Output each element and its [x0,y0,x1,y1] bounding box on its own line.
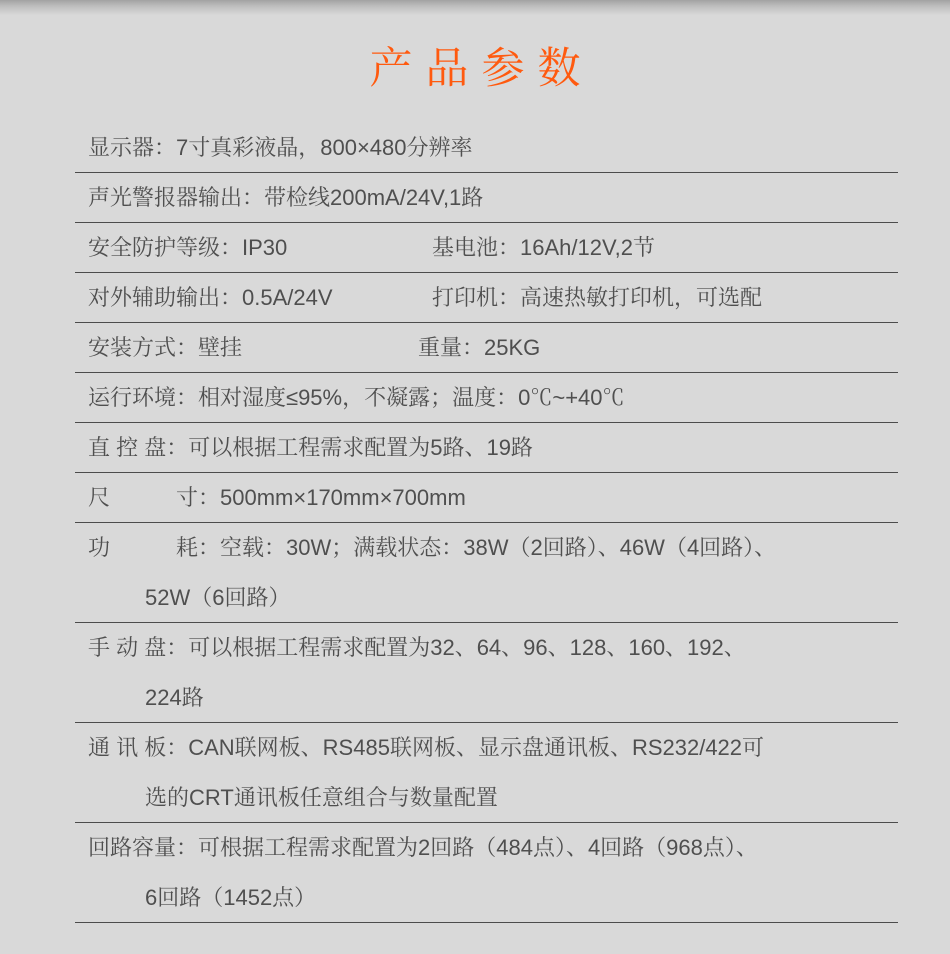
spec-row-direct-control-panel: 直 控 盘：可以根据工程需求配置为5路、19路 [75,423,898,473]
spec-text-aux-output: 对外辅助输出：0.5A/24V [88,273,333,323]
spec-text-comm-board-line2: 选的CRT通讯板任意组合与数量配置 [145,773,498,823]
spec-row-display: 显示器：7寸真彩液晶，800×480分辨率 [75,123,898,173]
spec-text-protection-level: 安全防护等级：IP30 [88,223,287,273]
spec-text-alarm-output: 声光警报器输出：带检线200mA/24V,1路 [88,173,483,223]
page-title: 产品参数 [0,48,950,91]
spec-row-loop-capacity: 回路容量：可根据工程需求配置为2回路（484点）、4回路（968点）、 6回路（… [75,823,898,923]
spec-row-protection-battery: 安全防护等级：IP30 基电池：16Ah/12V,2节 [75,223,898,273]
spec-row-power-consumption: 功 耗：空载：30W；满载状态：38W（2回路）、46W（4回路）、 52W（6… [75,523,898,623]
spec-text-weight: 重量：25KG [418,323,540,373]
spec-text-base-battery: 基电池：16Ah/12V,2节 [432,223,655,273]
spec-text-power-line2: 52W（6回路） [145,573,290,623]
spec-row-comm-board: 通 讯 板：CAN联网板、RS485联网板、显示盘通讯板、RS232/422可 … [75,723,898,823]
top-shadow-gradient [0,0,950,15]
spec-row-environment: 运行环境：相对湿度≤95%，不凝露；温度：0℃~+40℃ [75,373,898,423]
spec-text-printer: 打印机：高速热敏打印机，可选配 [432,273,762,323]
spec-text-direct-control-panel: 直 控 盘：可以根据工程需求配置为5路、19路 [88,423,533,473]
spec-text-loop-capacity-line1: 回路容量：可根据工程需求配置为2回路（484点）、4回路（968点）、 [88,823,758,873]
spec-text-loop-capacity-line2: 6回路（1452点） [145,873,316,923]
spec-text-environment: 运行环境：相对湿度≤95%，不凝露；温度：0℃~+40℃ [88,373,625,423]
spec-text-power-line1: 功 耗：空载：30W；满载状态：38W（2回路）、46W（4回路）、 [88,523,776,573]
spec-row-aux-printer: 对外辅助输出：0.5A/24V 打印机：高速热敏打印机，可选配 [75,273,898,323]
spec-row-dimensions: 尺 寸：500mm×170mm×700mm [75,473,898,523]
spec-table: 显示器：7寸真彩液晶，800×480分辨率 声光警报器输出：带检线200mA/2… [75,123,898,923]
spec-text-display: 显示器：7寸真彩液晶，800×480分辨率 [88,123,473,173]
spec-text-dimensions: 尺 寸：500mm×170mm×700mm [88,473,466,523]
spec-row-manual-panel: 手 动 盘：可以根据工程需求配置为32、64、96、128、160、192、 2… [75,623,898,723]
spec-row-alarm-output: 声光警报器输出：带检线200mA/24V,1路 [75,173,898,223]
spec-text-manual-panel-line2: 224路 [145,673,204,723]
spec-text-manual-panel-line1: 手 动 盘：可以根据工程需求配置为32、64、96、128、160、192、 [88,623,746,673]
spec-row-mount-weight: 安装方式：壁挂 重量：25KG [75,323,898,373]
spec-text-mounting: 安装方式：壁挂 [88,323,242,373]
spec-text-comm-board-line1: 通 讯 板：CAN联网板、RS485联网板、显示盘通讯板、RS232/422可 [88,723,764,773]
